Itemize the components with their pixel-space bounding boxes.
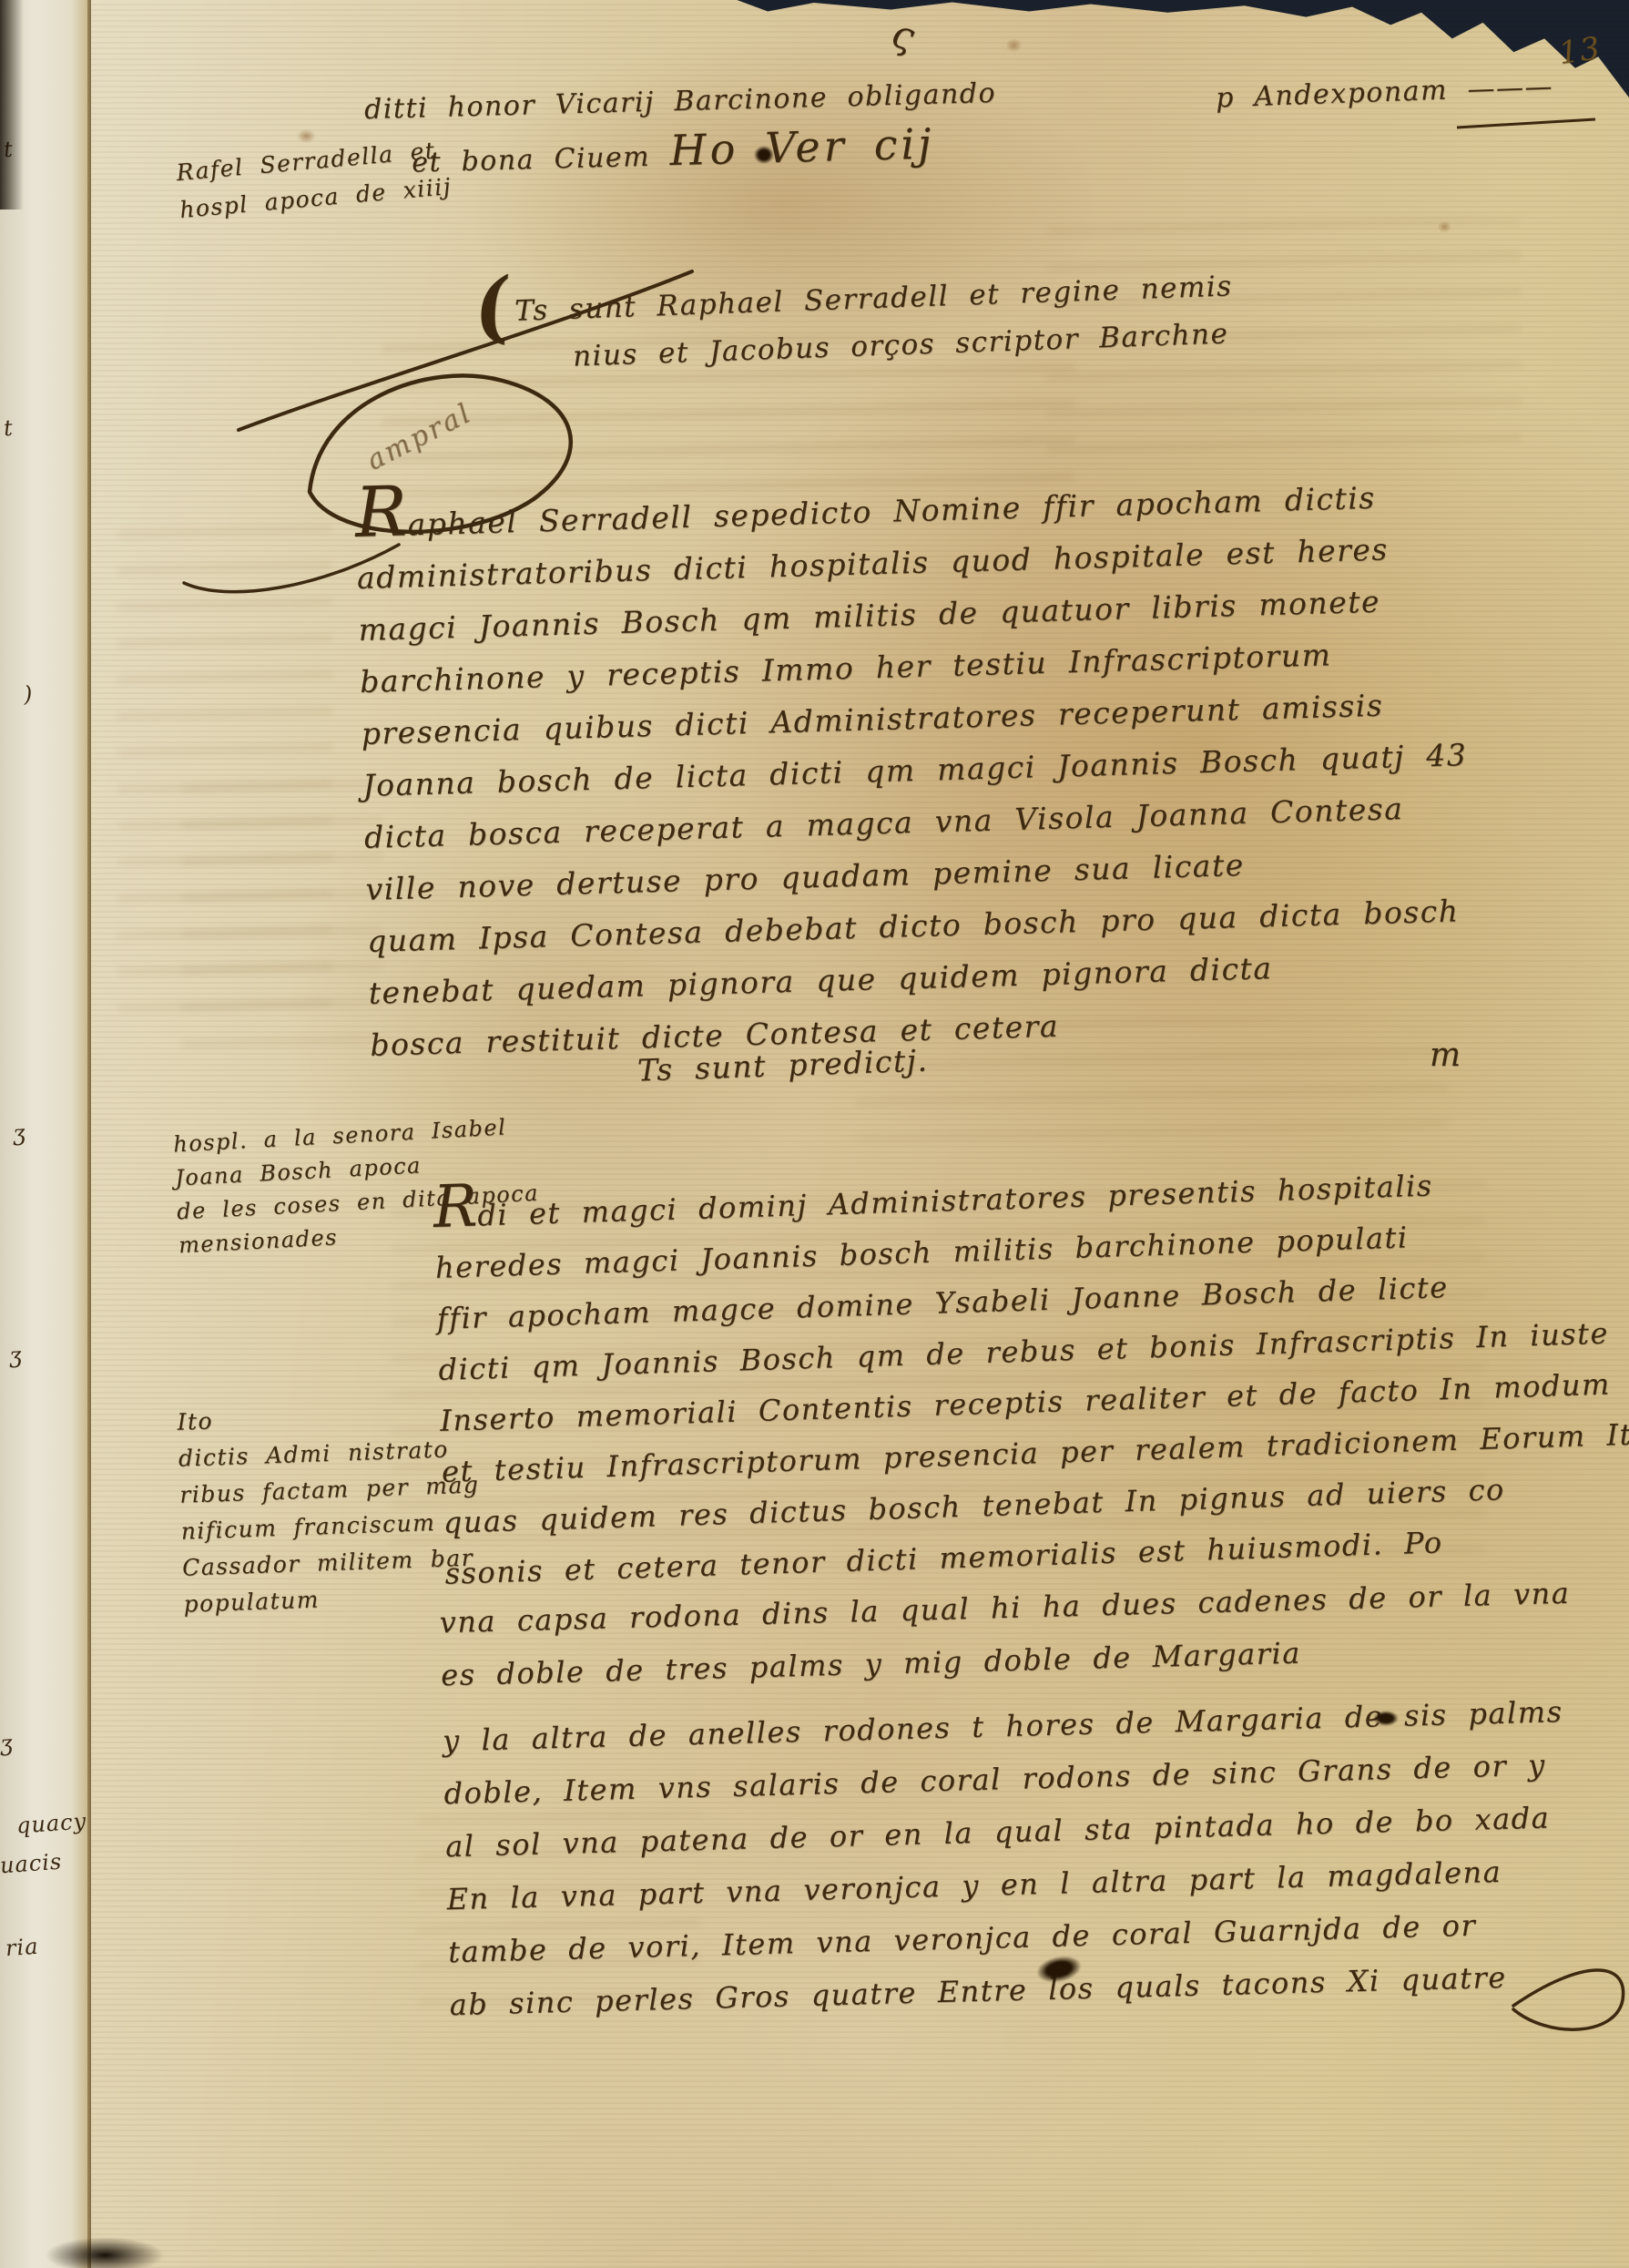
edge-fragment: quacy: [15, 1808, 87, 1838]
edge-fragment: ria: [5, 1934, 39, 1961]
edge-fragment: ʒ: [0, 1731, 15, 1757]
edge-fragment: uacis: [0, 1849, 63, 1879]
paragraph-2: Rdi et magci dominj Administratores pres…: [433, 1147, 1629, 1599]
paragraph-1: Raphael Serradell sepedicto Nomine ffir …: [354, 456, 1475, 1071]
edge-fragment: t: [3, 415, 15, 442]
folio-number: 13: [1556, 30, 1603, 72]
ink-blot: [1373, 1711, 1399, 1726]
inventory-list: vna capsa rodona dins la qual hi ha dues…: [439, 1567, 1581, 2031]
edge-fragment: ʒ: [12, 1120, 26, 1147]
edge-fragment: ʒ: [8, 1343, 23, 1369]
flourish-text: Ho Ver cij: [669, 118, 935, 175]
ink-blot: [754, 146, 774, 164]
margin-note-3: Ito dictis Admi nistrato ribus factam pe…: [177, 1394, 484, 1622]
binding-shadow-top: [0, 0, 24, 209]
edge-fragment: ): [23, 681, 34, 708]
heading-right-mark: m: [1430, 1037, 1462, 1074]
facing-page-edge: t t ) ʒ ʒ ʒ quacy uacis ria: [0, 0, 91, 2268]
binding-shadow-bottom: [46, 2237, 164, 2268]
